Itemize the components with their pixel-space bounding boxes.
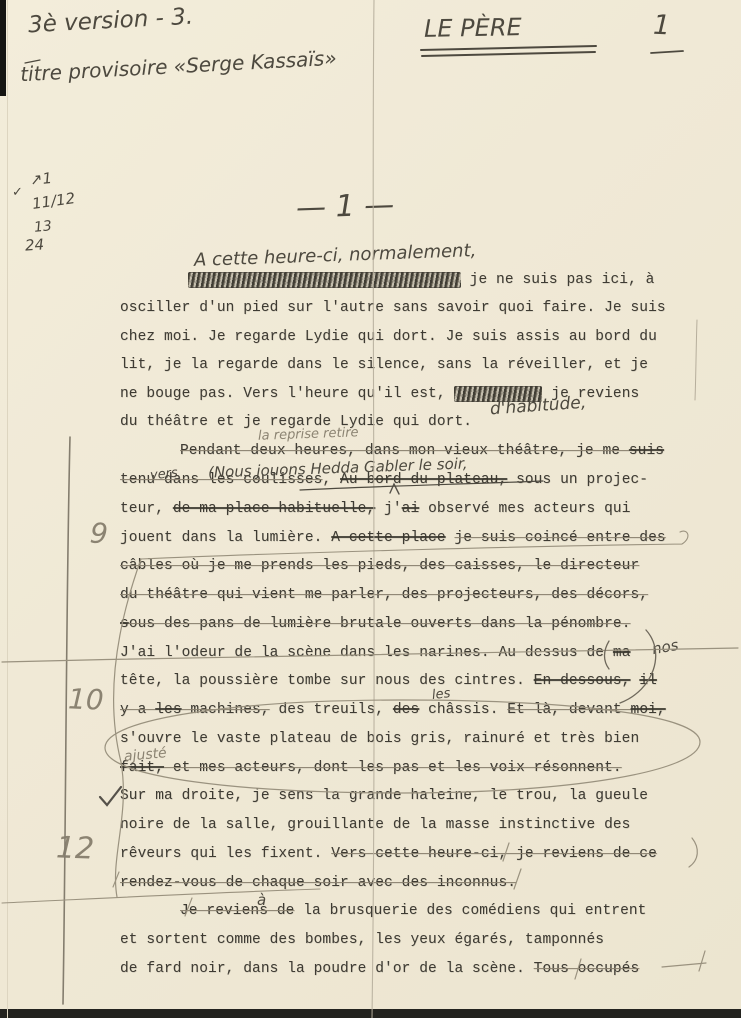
pen-annotation: ✓ [12, 186, 23, 199]
typed-text-segment: j' [375, 501, 401, 517]
slash-before-rendez-vous [113, 872, 119, 887]
struck-text-segment: ma [613, 645, 631, 661]
typed-line: sous des pans de lumière brutale ouverts… [120, 616, 631, 632]
typed-line: lit, je la regarde dans le silence, sans… [120, 357, 648, 373]
struck-text-segment: ous des pans de lumière brutale ouverts … [129, 616, 631, 632]
pencil-annotation: ajusté [123, 746, 167, 764]
short-horizontal-rule [2, 889, 320, 903]
typed-text-segment: châssis. [419, 702, 507, 718]
pen-annotation: ↗1 [29, 171, 53, 188]
typed-line: Sur ma droite, je sens la grande haleine… [120, 788, 648, 804]
pencil-annotation: 10 [68, 685, 105, 714]
scanner-edge-bottom [0, 1009, 741, 1018]
typed-text-segment: ne bouge pas. Vers l'heure qu'il est, [120, 386, 454, 402]
struck-text-segment: du théâtre qui vient me parler, des proj… [120, 587, 648, 603]
typed-line: rêveurs qui les fixent. Vers cette heure… [120, 846, 657, 862]
struck-text-segment: ai [402, 501, 420, 517]
underline-title [421, 46, 596, 56]
struck-text-segment: s [120, 616, 129, 632]
typed-text-segment: Sur ma droite, je sens la grande haleine… [120, 788, 648, 804]
struck-text-segment: de ma place habituelle, [173, 501, 375, 517]
scanner-edge-left [0, 0, 6, 96]
typed-text-segment: lit, je la regarde dans le silence, sans… [120, 357, 648, 373]
typed-text-segment: jouent dans la lumière. [120, 530, 331, 546]
typed-line: tête, la poussière tombe sur nous des ci… [120, 673, 657, 689]
typed-text-segment: J'ai l'odeur de la scène dans les narine… [120, 645, 613, 661]
struck-text-segment: câbles où je me prends les pieds, des ca… [120, 558, 639, 574]
pen-annotation: vers [149, 467, 178, 483]
pencil-annotation: 9 [89, 519, 109, 548]
struck-text-segment: y a [120, 702, 155, 718]
page-title: LE PÈRE [424, 15, 522, 41]
typed-line: de fard noir, dans la poudre d'or de la … [120, 961, 639, 977]
typed-line: s'ouvre le vaste plateau de bois gris, r… [120, 731, 639, 747]
typed-over-scribble: XXXXXXXXXXXXXXXXXXXXXXXXXXXXXXX [188, 272, 461, 288]
manuscript-page: LE PÈRE 1 XXXXXXXXXXXXXXXXXXXXXXXXXXXXXX… [0, 0, 741, 1018]
typed-text-segment: des treuils, [270, 702, 393, 718]
pencil-annotation: la reprise retire [258, 426, 359, 443]
typed-text-segment [631, 673, 640, 689]
struck-text-segment: Tous occupés [534, 961, 640, 977]
typed-line: jouent dans la lumière. A cette place je… [120, 530, 666, 546]
typed-line: câbles où je me prends les pieds, des ca… [120, 558, 639, 574]
typed-text-segment: rêveurs qui les fixent. [120, 846, 331, 862]
typed-text-segment: chez moi. Je regarde Lydie qui dort. Je … [120, 329, 657, 345]
typed-line: J'ai l'odeur de la scène dans les narine… [120, 645, 631, 661]
typed-text-segment: noire de la salle, grouillante de la mas… [120, 817, 630, 833]
right-crease [695, 320, 697, 400]
pen-annotation: titre provisoire «Serge Kassaïs» [20, 48, 337, 85]
pen-annotation: 24 [25, 237, 45, 253]
struck-text-segment: Et là, devant [507, 702, 630, 718]
typed-text-segment: teur, [120, 501, 173, 517]
struck-text-segment: et mes acteurs, dont les pas et les voix… [164, 760, 622, 776]
typed-text-segment: s'ouvre le vaste plateau de bois gris, r… [120, 731, 639, 747]
paper-edge-line [7, 0, 8, 1018]
struck-text-segment: il [639, 673, 657, 689]
pen-annotation: d'habitude, [490, 395, 587, 419]
typed-text-segment: et sortent comme des bombes, les yeux ég… [120, 932, 604, 948]
left-margin-pencil-line [63, 437, 70, 1004]
typed-line: XXXXXXXXXXXXXXXXXXXXXXXXXXXXXXX je ne su… [188, 272, 654, 288]
pencil-annotation: 12 [55, 833, 94, 864]
typed-line: et sortent comme des bombes, les yeux ég… [120, 932, 604, 948]
pen-annotation: — 1 — [296, 190, 395, 223]
struck-text-segment: suis [629, 443, 664, 459]
typed-text-segment: sous un projec- [507, 472, 648, 488]
typed-line: fait, et mes acteurs, dont les pas et le… [120, 760, 622, 776]
typed-text-segment: tête, la poussière tombe sur nous des ci… [120, 673, 534, 689]
struck-text-segment: moi, [631, 702, 666, 718]
typed-line: du théâtre qui vient me parler, des proj… [120, 587, 648, 603]
pen-annotation: 13 [33, 219, 52, 235]
typed-line: chez moi. Je regarde Lydie qui dort. Je … [120, 329, 657, 345]
pen-annotation: A cette heure-ci, normalement, [194, 242, 477, 270]
struck-text-segment: Vers cette heure-ci, je reviens de ce [331, 846, 657, 862]
pen-annotation: les [431, 687, 451, 702]
typed-text-segment: de fard noir, dans la poudre d'or de la … [120, 961, 534, 977]
struck-text-segment: rendez-vous de chaque soir avec des inco… [120, 875, 516, 891]
checkmark-before-sur [100, 787, 121, 805]
pen-annotation: à [257, 893, 266, 908]
struck-text-segment: des [393, 702, 419, 718]
typed-line: rendez-vous de chaque soir avec des inco… [120, 875, 516, 891]
struck-text-segment: A cette place [331, 530, 445, 546]
typed-text-segment: je ne suis pas ici, à [461, 272, 655, 288]
struck-text-segment: machines, [182, 702, 270, 718]
typed-line: noire de la salle, grouillante de la mas… [120, 817, 630, 833]
typed-text-segment: observé mes acteurs qui [419, 501, 630, 517]
struck-text-segment: En dessous, [534, 673, 631, 689]
typed-line: teur, de ma place habituelle, j'ai obser… [120, 501, 631, 517]
typed-line: osciller d'un pied sur l'autre sans savo… [120, 300, 666, 316]
typed-line: y a les machines, des treuils, des châss… [120, 702, 666, 718]
struck-text-segment: je suis coincé entre des [454, 530, 665, 546]
typed-line: Je reviens de la brusquerie des comédien… [180, 903, 646, 919]
close-paren-after-de-ce [689, 838, 697, 867]
pen-annotation: nos [651, 638, 680, 657]
struck-text-segment: Je reviens de [180, 903, 294, 919]
struck-text-segment: les [155, 702, 181, 718]
typed-text-segment: la brusquerie des comédiens qui entrent [294, 903, 646, 919]
underline-page-number [651, 51, 683, 53]
pen-annotation: 3è version - 3. [28, 6, 194, 38]
page-number: 1 [653, 12, 671, 40]
typed-text-segment: osciller d'un pied sur l'autre sans savo… [120, 300, 666, 316]
pen-annotation: 11/12 [31, 191, 76, 212]
